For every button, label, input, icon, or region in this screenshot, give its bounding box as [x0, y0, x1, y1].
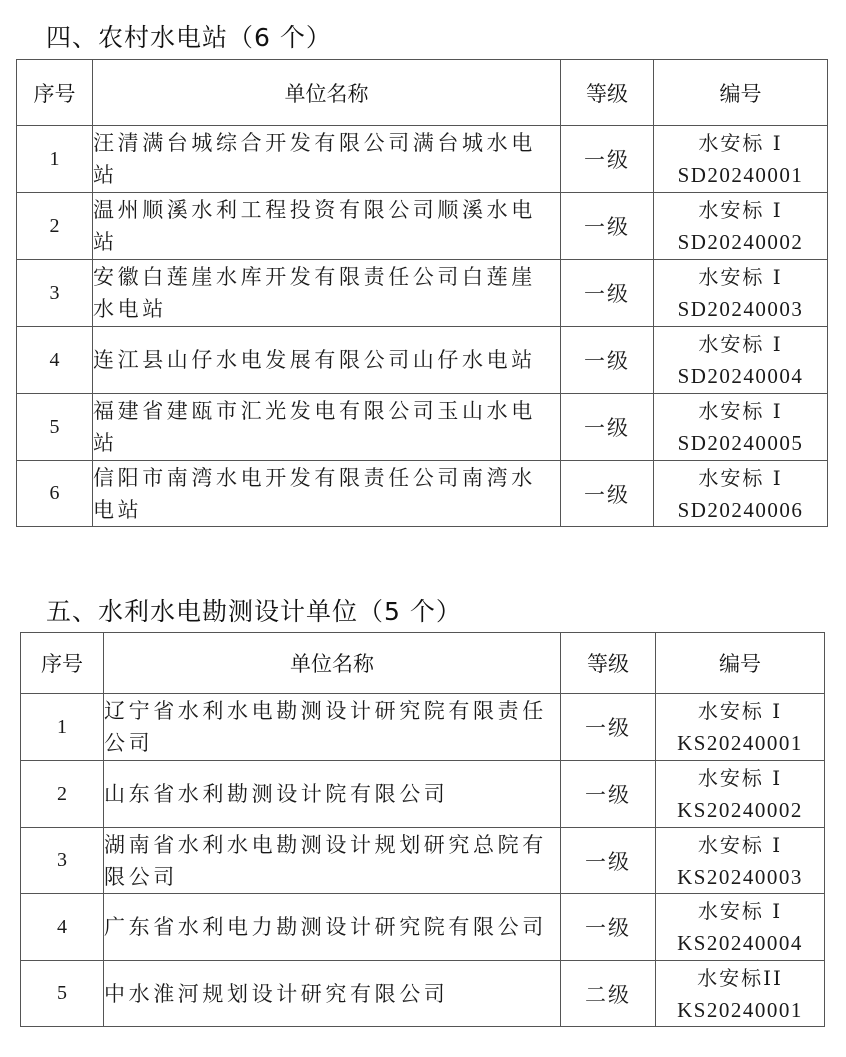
row-code: 水安标 IKS20240001 [656, 694, 825, 761]
code-number: SD20240004 [654, 360, 827, 392]
row-level: 一级 [561, 327, 654, 394]
code-prefix: 水安标 I [654, 127, 827, 159]
section-title-survey-design: 五、水利水电勘测设计单位（5 个） [46, 592, 462, 628]
code-number: KS20240002 [656, 794, 824, 826]
row-unit-name: 广东省水利电力勘测设计研究院有限公司 [104, 894, 561, 961]
header-index: 序号 [21, 633, 104, 694]
survey-design-table: 序号 单位名称 等级 编号 1 辽宁省水利水电勘测设计研究院有限责任公司 一级 … [20, 632, 825, 1027]
code-number: SD20240005 [654, 427, 827, 459]
code-prefix: 水安标 I [654, 194, 827, 226]
header-level: 等级 [561, 60, 654, 126]
row-level: 一级 [561, 761, 656, 828]
section-title-rural-hydropower: 四、农村水电站（6 个） [46, 18, 332, 54]
code-number: KS20240001 [656, 994, 824, 1026]
row-code: 水安标 ISD20240003 [654, 260, 828, 327]
table-row: 5 福建省建瓯市汇光发电有限公司玉山水电站 一级 水安标 ISD20240005 [17, 394, 828, 461]
row-code: 水安标 IKS20240004 [656, 894, 825, 961]
table-header-row: 序号 单位名称 等级 编号 [17, 60, 828, 126]
header-code: 编号 [656, 633, 825, 694]
header-level: 等级 [561, 633, 656, 694]
table-row: 4 连江县山仔水电发展有限公司山仔水电站 一级 水安标 ISD20240004 [17, 327, 828, 394]
code-prefix: 水安标II [656, 962, 824, 994]
table-row: 5 中水淮河规划设计研究有限公司 二级 水安标IIKS20240001 [21, 961, 825, 1027]
row-index: 4 [21, 894, 104, 961]
table-row: 2 山东省水利勘测设计院有限公司 一级 水安标 IKS20240002 [21, 761, 825, 828]
table-row: 4 广东省水利电力勘测设计研究院有限公司 一级 水安标 IKS20240004 [21, 894, 825, 961]
row-index: 1 [17, 126, 93, 193]
row-unit-name: 信阳市南湾水电开发有限责任公司南湾水电站 [93, 461, 561, 527]
row-code: 水安标 ISD20240004 [654, 327, 828, 394]
row-level: 一级 [561, 260, 654, 327]
header-index: 序号 [17, 60, 93, 126]
table-row: 3 安徽白莲崖水库开发有限责任公司白莲崖水电站 一级 水安标 ISD202400… [17, 260, 828, 327]
row-unit-name: 连江县山仔水电发展有限公司山仔水电站 [93, 327, 561, 394]
code-prefix: 水安标 I [656, 829, 824, 861]
row-unit-name: 温州顺溪水利工程投资有限公司顺溪水电站 [93, 193, 561, 260]
row-level: 一级 [561, 828, 656, 894]
row-index: 1 [21, 694, 104, 761]
code-prefix: 水安标 I [654, 395, 827, 427]
code-prefix: 水安标 I [654, 462, 827, 494]
table-row: 2 温州顺溪水利工程投资有限公司顺溪水电站 一级 水安标 ISD20240002 [17, 193, 828, 260]
row-level: 二级 [561, 961, 656, 1027]
table-row: 1 汪清满台城综合开发有限公司满台城水电站 一级 水安标 ISD20240001 [17, 126, 828, 193]
code-number: SD20240001 [654, 159, 827, 191]
row-index: 3 [17, 260, 93, 327]
row-unit-name: 福建省建瓯市汇光发电有限公司玉山水电站 [93, 394, 561, 461]
row-level: 一级 [561, 461, 654, 527]
row-index: 4 [17, 327, 93, 394]
code-prefix: 水安标 I [656, 695, 824, 727]
code-prefix: 水安标 I [656, 762, 824, 794]
table-row: 1 辽宁省水利水电勘测设计研究院有限责任公司 一级 水安标 IKS2024000… [21, 694, 825, 761]
table-row: 3 湖南省水利水电勘测设计规划研究总院有限公司 一级 水安标 IKS202400… [21, 828, 825, 894]
row-level: 一级 [561, 126, 654, 193]
code-number: KS20240003 [656, 861, 824, 893]
code-prefix: 水安标 I [656, 895, 824, 927]
row-level: 一级 [561, 694, 656, 761]
row-unit-name: 安徽白莲崖水库开发有限责任公司白莲崖水电站 [93, 260, 561, 327]
row-index: 6 [17, 461, 93, 527]
row-code: 水安标 ISD20240001 [654, 126, 828, 193]
row-unit-name: 山东省水利勘测设计院有限公司 [104, 761, 561, 828]
code-number: SD20240003 [654, 293, 827, 325]
row-index: 5 [17, 394, 93, 461]
row-index: 2 [17, 193, 93, 260]
row-code: 水安标 ISD20240005 [654, 394, 828, 461]
row-unit-name: 湖南省水利水电勘测设计规划研究总院有限公司 [104, 828, 561, 894]
row-code: 水安标 ISD20240006 [654, 461, 828, 527]
code-number: KS20240004 [656, 927, 824, 959]
row-level: 一级 [561, 394, 654, 461]
row-code: 水安标 ISD20240002 [654, 193, 828, 260]
header-name: 单位名称 [104, 633, 561, 694]
row-code: 水安标 IKS20240003 [656, 828, 825, 894]
header-code: 编号 [654, 60, 828, 126]
row-unit-name: 中水淮河规划设计研究有限公司 [104, 961, 561, 1027]
code-number: KS20240001 [656, 727, 824, 759]
header-name: 单位名称 [93, 60, 561, 126]
row-index: 5 [21, 961, 104, 1027]
row-level: 一级 [561, 894, 656, 961]
row-level: 一级 [561, 193, 654, 260]
code-prefix: 水安标 I [654, 261, 827, 293]
rural-hydropower-table: 序号 单位名称 等级 编号 1 汪清满台城综合开发有限公司满台城水电站 一级 水… [16, 59, 828, 527]
row-index: 3 [21, 828, 104, 894]
table-row: 6 信阳市南湾水电开发有限责任公司南湾水电站 一级 水安标 ISD2024000… [17, 461, 828, 527]
table-header-row: 序号 单位名称 等级 编号 [21, 633, 825, 694]
row-code: 水安标IIKS20240001 [656, 961, 825, 1027]
row-unit-name: 辽宁省水利水电勘测设计研究院有限责任公司 [104, 694, 561, 761]
row-index: 2 [21, 761, 104, 828]
row-code: 水安标 IKS20240002 [656, 761, 825, 828]
code-number: SD20240006 [654, 494, 827, 526]
row-unit-name: 汪清满台城综合开发有限公司满台城水电站 [93, 126, 561, 193]
code-number: SD20240002 [654, 226, 827, 258]
code-prefix: 水安标 I [654, 328, 827, 360]
